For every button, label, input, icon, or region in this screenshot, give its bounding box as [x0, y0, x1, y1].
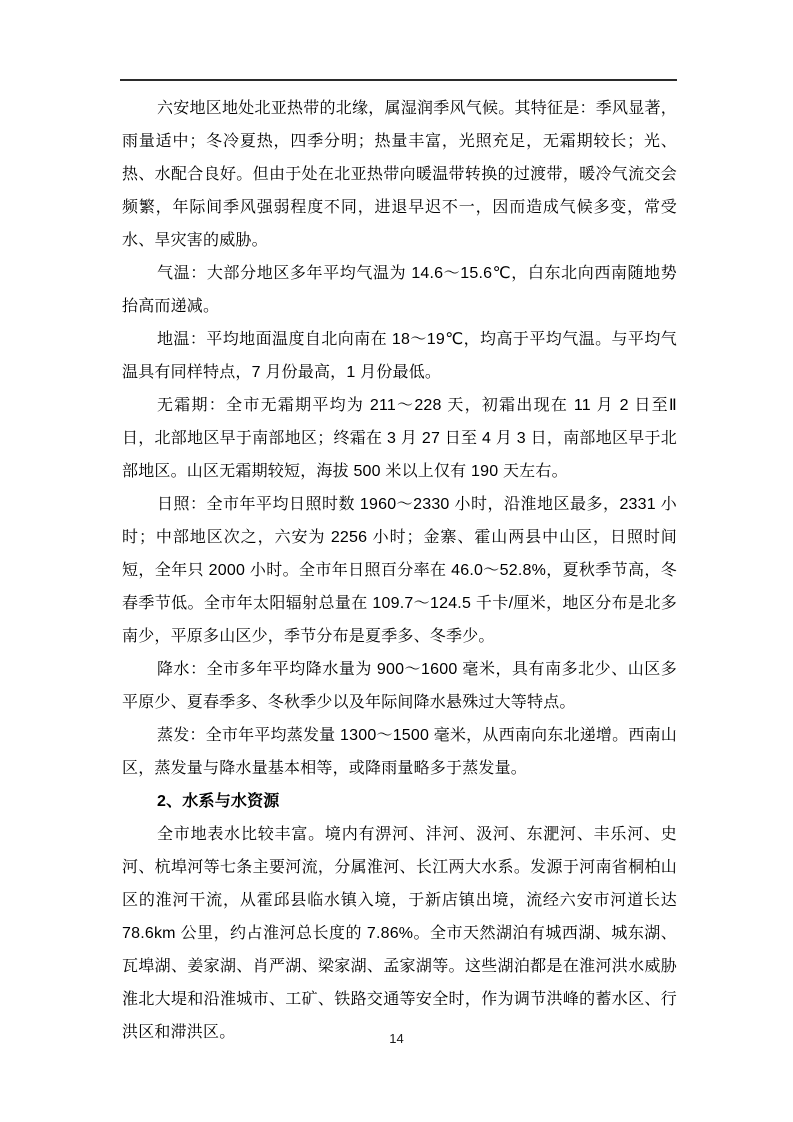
document-page: 六安地区地处北亚热带的北缘，属湿润季风气候。其特征是：季风显著，雨量适中；冬冷夏…	[0, 0, 793, 1122]
page-number: 14	[0, 1030, 793, 1048]
paragraph-ground-temperature: 地温：平均地面温度自北向南在 18～19℃，均高于平均气温。与平均气温具有同样特…	[122, 323, 677, 389]
section-heading-water-systems: 2、水系与水资源	[122, 785, 677, 818]
paragraph-climate-overview: 六安地区地处北亚热带的北缘，属湿润季风气候。其特征是：季风显著，雨量适中；冬冷夏…	[122, 92, 677, 257]
paragraph-surface-water: 全市地表水比较丰富。境内有淠河、沣河、汲河、东淝河、丰乐河、史河、杭埠河等七条主…	[122, 818, 677, 1049]
paragraph-evaporation: 蒸发：全市年平均蒸发量 1300～1500 毫米，从西南向东北递增。西南山区，蒸…	[122, 719, 677, 785]
paragraph-sunshine: 日照：全市年平均日照时数 1960～2330 小时，沿淮地区最多，2331 小时…	[122, 488, 677, 653]
document-body: 六安地区地处北亚热带的北缘，属湿润季风气候。其特征是：季风显著，雨量适中；冬冷夏…	[122, 92, 677, 1049]
paragraph-air-temperature: 气温：大部分地区多年平均气温为 14.6～15.6℃，白东北向西南随地势抬高而递…	[122, 257, 677, 323]
paragraph-frost-free-period: 无霜期：全市无霜期平均为 211～228 天，初霜出现在 11 月 2 日至Ⅱ日…	[122, 389, 677, 488]
header-divider	[120, 79, 677, 81]
paragraph-precipitation: 降水：全市多年平均降水量为 900～1600 毫米，具有南多北少、山区多平原少、…	[122, 653, 677, 719]
